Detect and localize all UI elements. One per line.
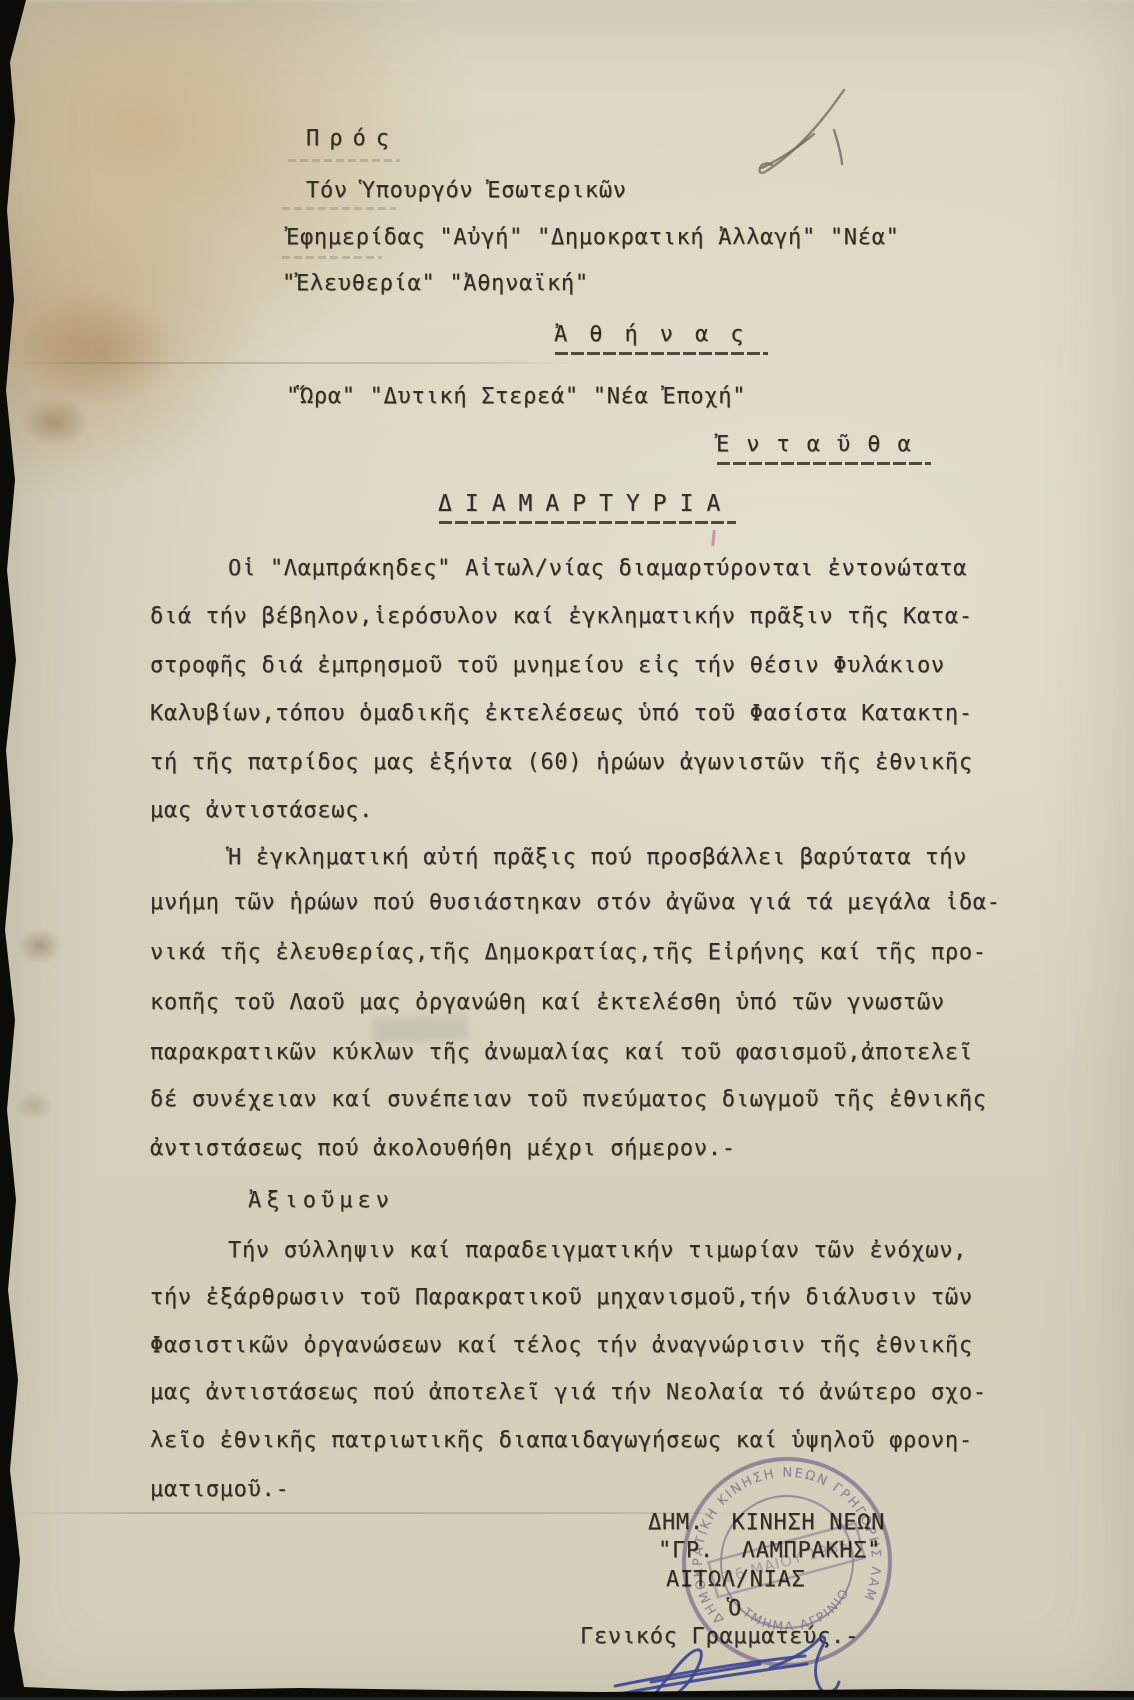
para1-line1: Οἱ "Λαμπράκηδες" Αἰτωλ/νίας διαμαρτύροντ… [228, 556, 967, 582]
typed-impression [282, 207, 396, 210]
para2-line2: μνήμη τῶν ἡρώων πού θυσιάστηκαν στόν ἀγῶ… [150, 890, 1001, 916]
recipient-newspapers-3: "Ὥρα" "Δυτική Στερεά" "Νέα Ἐποχή" [286, 384, 746, 410]
city-athens: Ἀθήνας [554, 322, 765, 348]
para3-line2: τήν ἐξάρθρωσιν τοῦ Παρακρατικοῦ μηχανισμ… [150, 1285, 973, 1311]
paper-sheet: ΠρόςΤόν Ὑπουργόν ἘσωτερικῶνἘφημερίδας "Α… [0, 0, 1134, 1700]
para2-line4: κοπῆς τοῦ Λαοῦ μας ὀργανώθη καί ἐκτελέσθ… [150, 990, 945, 1016]
recipient-pros: Πρός [306, 126, 399, 152]
para1-line5: τή τῆς πατρίδος μας ἑξήντα (60) ἡρώων ἀγ… [150, 750, 973, 776]
entautha: Ἐνταῦθα [716, 432, 928, 458]
demand-heading: Ἀξιοῦμεν [248, 1188, 394, 1214]
pencil-one-stroke [834, 130, 842, 164]
page-root: { "palette": { "scan_background": "#0c0b… [0, 0, 1134, 1700]
para1-line2: διά τήν βέβηλον,ἱερόσυλον καί ἐγκληματικ… [150, 604, 973, 630]
stamp-bottom-text: ΤΜΗΜΑ ΑΓΡΙΝΙΟΥ [645, 1421, 859, 1659]
para2-line5: παρακρατικῶν κύκλων τῆς ἀνωμαλίας καί το… [150, 1040, 973, 1066]
para3-line1: Τήν σύλληψιν καί παραδειγματικήν τιμωρία… [228, 1238, 967, 1264]
signature-stroke [655, 1650, 701, 1694]
para2-line7: ἀντιστάσεως πού ἀκολουθήθη μέχρι σήμερον… [150, 1136, 736, 1162]
pencil-x-stroke [760, 90, 844, 173]
pencil-x-crossstroke [762, 134, 814, 168]
pink-ink-mark [711, 530, 716, 546]
recipient-newspapers-2: "Ἐλευθερία" "Ἀθηναϊκή" [282, 271, 589, 297]
para2-line6: δέ συνέχειαν καί συνέπειαν τοῦ πνεύματος… [150, 1087, 987, 1113]
recipient-minister: Τόν Ὑπουργόν Ἐσωτερικῶν [306, 178, 627, 204]
para2-line3: νικά τῆς ἐλευθερίας,τῆς Δημοκρατίας,τῆς … [150, 940, 987, 966]
para1-line6: μας ἀντιστάσεως. [150, 798, 373, 824]
para3-line4: μας ἀντιστάσεως πού ἀποτελεῖ γιά τήν Νεο… [150, 1380, 987, 1406]
para1-line3: στροφῆς διά ἐμπρησμοῦ τοῦ μνημείου εἰς τ… [150, 653, 945, 679]
paper-crease [0, 1512, 760, 1514]
pencil-mark [742, 82, 862, 182]
document-title: ΔΙΑΜΑΡΤΥΡΙΑ [438, 491, 733, 517]
para3-line3: Φασιστικῶν ὀργανώσεων καί τέλος τήν ἀναγ… [150, 1333, 973, 1359]
paper-crease [0, 362, 580, 364]
para1-line4: Καλυβίων,τόπου ὁμαδικῆς ἐκτελέσεως ὑπό τ… [150, 701, 973, 727]
typed-impression [282, 256, 382, 259]
handwritten-signature [555, 1628, 895, 1700]
para3-line6: ματισμοῦ.- [150, 1477, 289, 1503]
para2-line1: Ἡ ἐγκληματική αὐτή πρᾶξις πού προσβάλλει… [228, 845, 967, 871]
recipient-newspapers-1: Ἐφημερίδας "Αὐγή" "Δημοκρατική Ἀλλαγή" "… [286, 225, 900, 251]
typed-impression [288, 159, 400, 162]
